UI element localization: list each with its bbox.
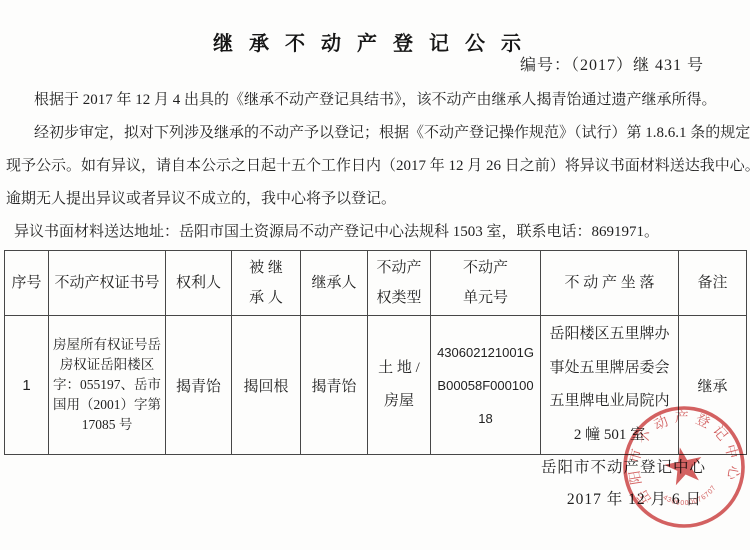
column-header-unit-no: 不动产 单元号 [431, 251, 541, 316]
cell-seq: 1 [5, 316, 49, 455]
cell-heir: 揭青饴 [301, 316, 368, 455]
cell-right-type: 土 地 / 房屋 [368, 316, 431, 455]
table-header-row: 序号 不动产权证书号 权利人 被 继 承 人 继承人 不动产 权类型 不动产 单… [5, 251, 747, 316]
column-header-decedent: 被 继 承 人 [232, 251, 301, 316]
cell-certificate-no: 房屋所有权证号岳房权证岳阳楼区字：055197、岳市国用（2001）字第1708… [49, 316, 166, 455]
column-header-certificate-no: 不动产权证书号 [49, 251, 166, 316]
paragraph-review-line3: 逾期无人提出异议或者异议不成立的，我中心将予以登记。 [6, 183, 746, 216]
cell-decedent: 揭回根 [232, 316, 301, 455]
notice-body: 根据于 2017 年 12 月 4 出具的《继承不动产登记具结书》，该不动产由继… [6, 84, 746, 249]
objection-address-line: 异议书面材料送达地址：岳阳市国土资源局不动产登记中心法规科 1503 室，联系电… [6, 216, 746, 249]
column-header-remark: 备注 [679, 251, 747, 316]
cell-unit-no: 430602121001G B00058F000100 18 [431, 316, 541, 455]
column-header-seq: 序号 [5, 251, 49, 316]
issuer-name: 岳阳市不动产登记中心 [541, 455, 706, 477]
notice-document: 继承不动产登记公示 编号：（2017）继 431 号 根据于 2017 年 12… [0, 0, 750, 550]
paragraph-basis: 根据于 2017 年 12 月 4 出具的《继承不动产登记具结书》，该不动产由继… [6, 84, 746, 117]
column-header-heir: 继承人 [301, 251, 368, 316]
column-header-right-type: 不动产 权类型 [368, 251, 431, 316]
cell-location: 岳阳楼区五里牌办 事处五里牌居委会 五里牌电业局院内 2 幢 501 室 [541, 316, 679, 455]
property-table: 序号 不动产权证书号 权利人 被 继 承 人 继承人 不动产 权类型 不动产 单… [4, 250, 747, 455]
cell-remark: 继承 [679, 316, 747, 455]
table-row: 1 房屋所有权证号岳房权证岳阳楼区字：055197、岳市国用（2001）字第17… [5, 316, 747, 455]
column-header-right-holder: 权利人 [166, 251, 232, 316]
cell-right-holder: 揭青饴 [166, 316, 232, 455]
paragraph-review-line2: 现予公示。如有异议，请自本公示之日起十五个工作日内（2017 年 12 月 26… [6, 150, 746, 183]
paragraph-review-line1: 经初步审定，拟对下列涉及继承的不动产予以登记；根据《不动产登记操作规范》（试行）… [6, 117, 746, 150]
column-header-location: 不 动 产 坐 落 [541, 251, 679, 316]
doc-number: 编号：（2017）继 431 号 [520, 52, 704, 75]
issue-date: 2017 年 12 月 6 日 [567, 487, 702, 509]
